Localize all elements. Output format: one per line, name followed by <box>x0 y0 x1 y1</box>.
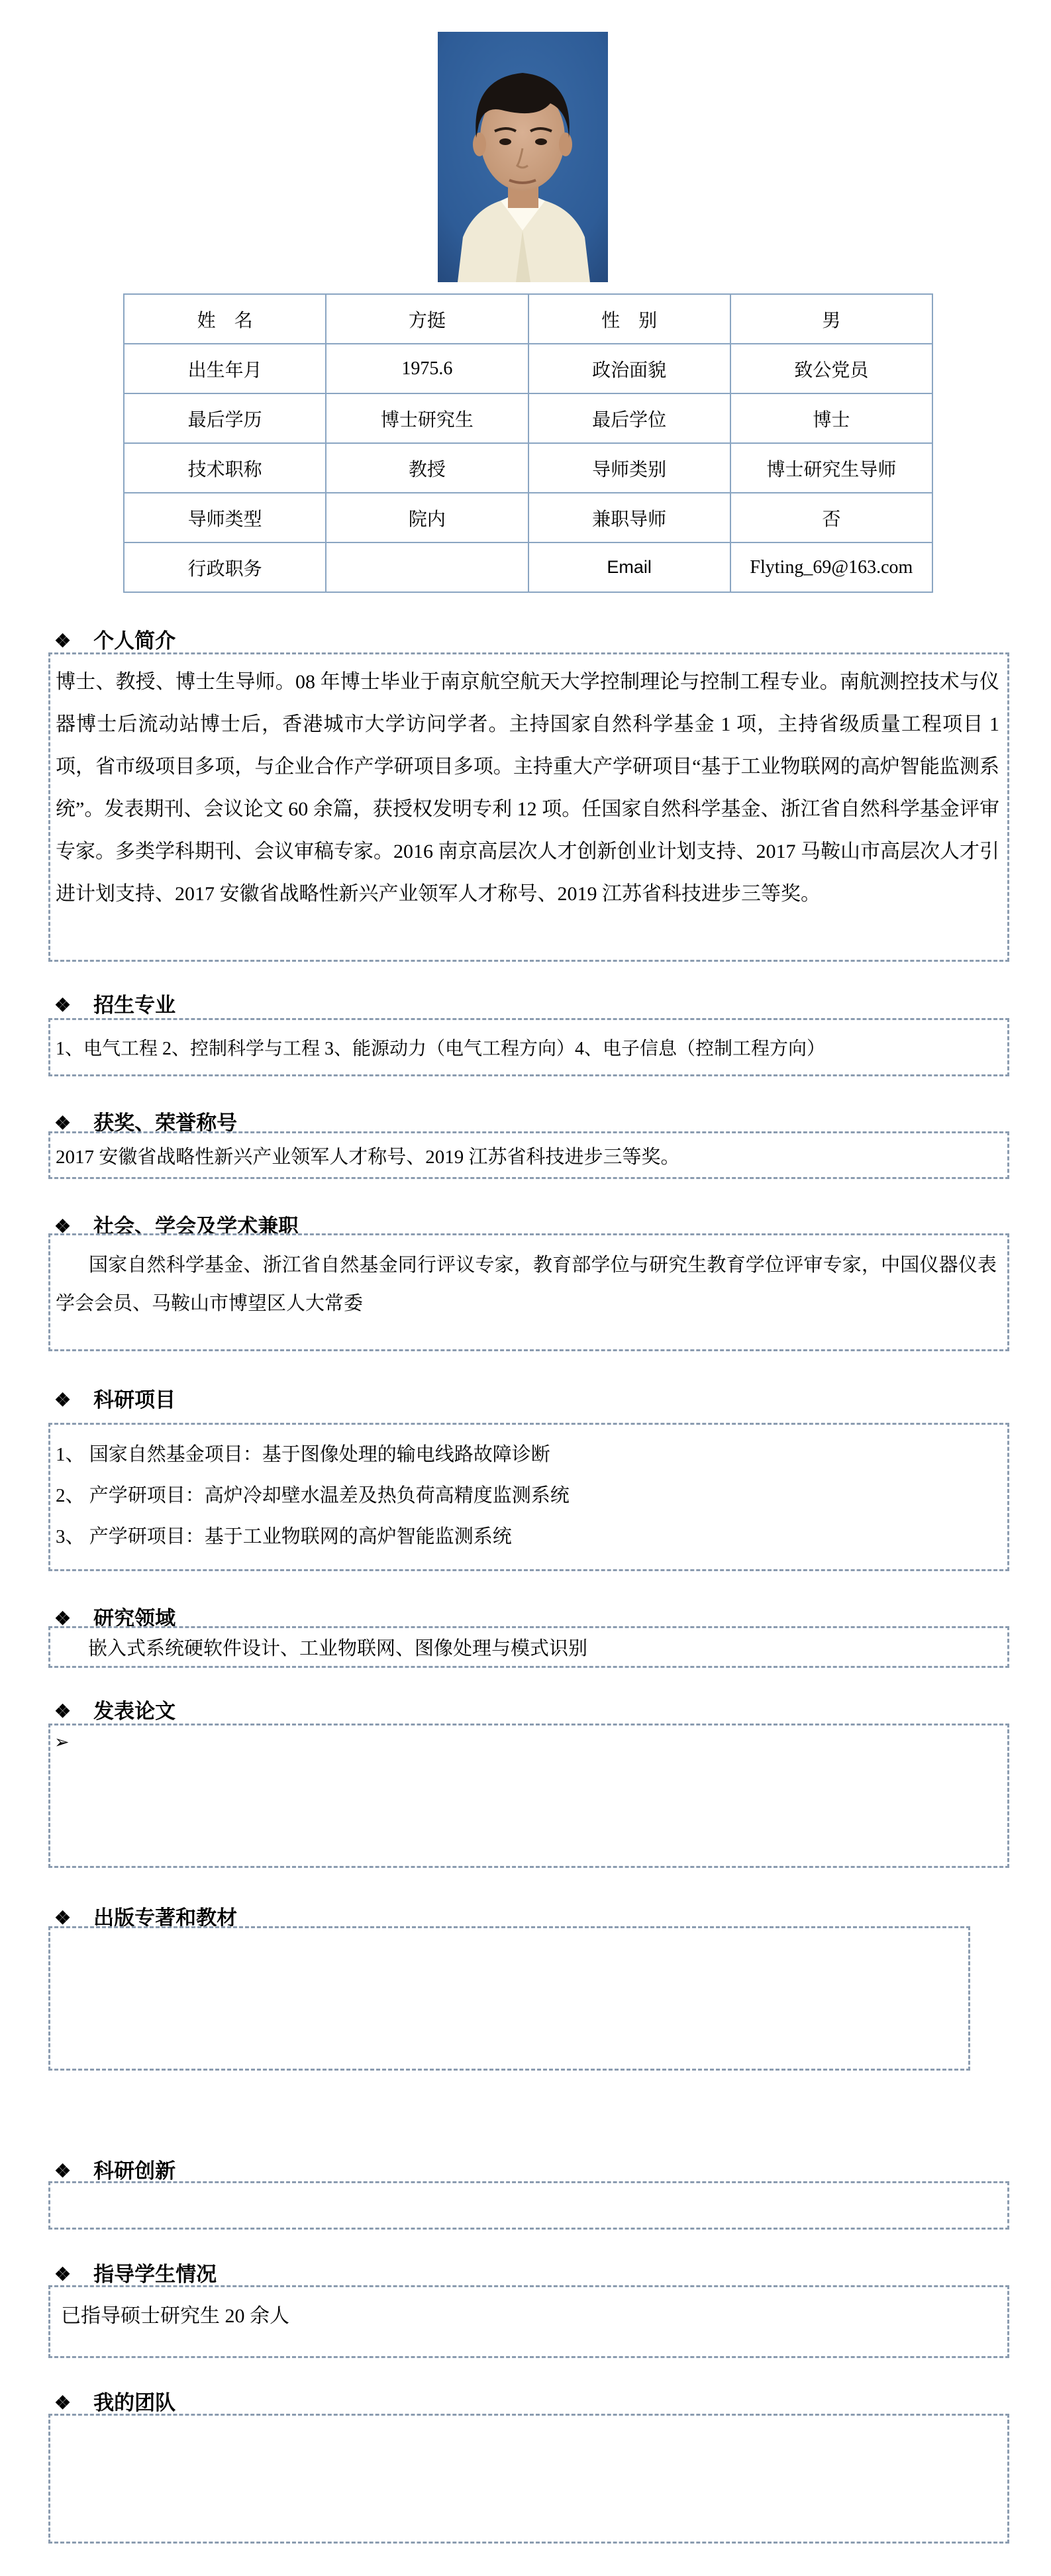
field-label-supervisor-type: 导师类型 <box>124 493 326 542</box>
section-title-projects: 科研项目 <box>93 1388 175 1412</box>
table-row: 技术职称 教授 导师类别 博士研究生导师 <box>124 443 932 493</box>
field-label-name: 姓 名 <box>124 294 326 344</box>
field-value-admin-post <box>326 542 528 592</box>
section-title-papers: 发表论文 <box>93 1700 175 1723</box>
field-label-political: 政治面貌 <box>528 344 730 393</box>
field-label-gender: 性 别 <box>528 294 730 344</box>
portrait-photo-image <box>438 32 608 282</box>
field-label-adjunct: 兼职导师 <box>528 493 730 542</box>
section-header-intro: ❖个人简介 <box>0 628 1007 656</box>
section-header-majors: ❖招生专业 <box>0 992 1007 1020</box>
arrow-bullet-icon: ➢ <box>54 1732 1007 1752</box>
intro-text: 博士、教授、博士生导师。08 年博士毕业于南京航空航天大学控制理论与控制工程专业… <box>50 654 1007 915</box>
diamond-bullet-icon: ❖ <box>54 2391 71 2417</box>
field-value-birth: 1975.6 <box>326 344 528 393</box>
section-box-awards: 2017 安徽省战略性新兴产业领军人才称号、2019 江苏省科技进步三等奖。 <box>48 1131 1009 1179</box>
field-label-supervisor-category: 导师类别 <box>528 443 730 493</box>
diamond-bullet-icon: ❖ <box>54 993 71 1019</box>
field-value-supervisor-category: 博士研究生导师 <box>730 443 932 493</box>
section-title-students: 指导学生情况 <box>93 2263 217 2286</box>
diamond-bullet-icon: ❖ <box>54 1699 71 1726</box>
field-value-supervisor-type: 院内 <box>326 493 528 542</box>
diamond-bullet-icon: ❖ <box>54 2262 71 2289</box>
section-header-papers: ❖发表论文 <box>0 1698 1007 1726</box>
societies-text: 国家自然科学基金、浙江省自然基金同行评议专家，教育部学位与研究生教育学位评审专家… <box>50 1235 1007 1323</box>
section-box-students: 已指导硕士研究生 20 余人 <box>48 2285 1009 2358</box>
table-row: 行政职务 Email Flyting_69@163.com <box>124 542 932 592</box>
field-value-education: 博士研究生 <box>326 393 528 443</box>
field-value-gender: 男 <box>730 294 932 344</box>
field-label-email: Email <box>528 542 730 592</box>
section-box-projects: 1、 国家自然基金项目：基于图像处理的输电线路故障诊断 2、 产学研项目：高炉冷… <box>48 1423 1009 1571</box>
field-value-degree: 博士 <box>730 393 932 443</box>
section-box-fields: 嵌入式系统硬软件设计、工业物联网、图像处理与模式识别 <box>48 1626 1009 1668</box>
section-title-intro: 个人简介 <box>93 629 175 652</box>
section-box-papers: ➢ <box>48 1724 1009 1868</box>
field-value-title: 教授 <box>326 443 528 493</box>
field-value-name: 方挺 <box>326 294 528 344</box>
section-box-intro: 博士、教授、博士生导师。08 年博士毕业于南京航空航天大学控制理论与控制工程专业… <box>48 652 1009 962</box>
portrait-photo <box>438 32 608 282</box>
field-label-education: 最后学历 <box>124 393 326 443</box>
section-box-team <box>48 2414 1009 2544</box>
section-box-books <box>48 1926 970 2071</box>
project-item: 2、 产学研项目：高炉冷却壁水温差及热负荷高精度监测系统 <box>56 1475 1007 1516</box>
table-row: 最后学历 博士研究生 最后学位 博士 <box>124 393 932 443</box>
diamond-bullet-icon: ❖ <box>54 629 71 655</box>
field-label-birth: 出生年月 <box>124 344 326 393</box>
table-row: 姓 名 方挺 性 别 男 <box>124 294 932 344</box>
profile-info-table: 姓 名 方挺 性 别 男 出生年月 1975.6 政治面貌 致公党员 最后学历 … <box>123 293 933 593</box>
fields-text: 嵌入式系统硬软件设计、工业物联网、图像处理与模式识别 <box>50 1628 1007 1666</box>
field-label-admin-post: 行政职务 <box>124 542 326 592</box>
field-label-degree: 最后学位 <box>528 393 730 443</box>
projects-list: 1、 国家自然基金项目：基于图像处理的输电线路故障诊断 2、 产学研项目：高炉冷… <box>50 1425 1007 1557</box>
students-text: 已指导硕士研究生 20 余人 <box>50 2287 1007 2328</box>
section-title-team: 我的团队 <box>93 2391 175 2414</box>
faculty-profile-page: 姓 名 方挺 性 别 男 出生年月 1975.6 政治面貌 致公党员 最后学历 … <box>0 0 1051 2576</box>
field-value-email: Flyting_69@163.com <box>730 542 932 592</box>
field-label-title: 技术职称 <box>124 443 326 493</box>
section-box-majors: 1、电气工程 2、控制科学与工程 3、能源动力（电气工程方向）4、电子信息（控制… <box>48 1018 1009 1076</box>
section-header-projects: ❖科研项目 <box>0 1387 1007 1415</box>
awards-text: 2017 安徽省战略性新兴产业领军人才称号、2019 江苏省科技进步三等奖。 <box>50 1133 1007 1177</box>
section-title-majors: 招生专业 <box>93 994 175 1017</box>
table-row: 导师类型 院内 兼职导师 否 <box>124 493 932 542</box>
project-item: 3、 产学研项目：基于工业物联网的高炉智能监测系统 <box>56 1516 1007 1557</box>
field-value-adjunct: 否 <box>730 493 932 542</box>
diamond-bullet-icon: ❖ <box>54 1388 71 1414</box>
field-value-political: 致公党员 <box>730 344 932 393</box>
section-box-societies: 国家自然科学基金、浙江省自然基金同行评议专家，教育部学位与研究生教育学位评审专家… <box>48 1233 1009 1351</box>
table-row: 出生年月 1975.6 政治面貌 致公党员 <box>124 344 932 393</box>
project-item: 1、 国家自然基金项目：基于图像处理的输电线路故障诊断 <box>56 1434 1007 1475</box>
section-box-innovation <box>48 2181 1009 2230</box>
majors-text: 1、电气工程 2、控制科学与工程 3、能源动力（电气工程方向）4、电子信息（控制… <box>50 1020 1007 1074</box>
section-title-innovation: 科研创新 <box>93 2159 175 2183</box>
